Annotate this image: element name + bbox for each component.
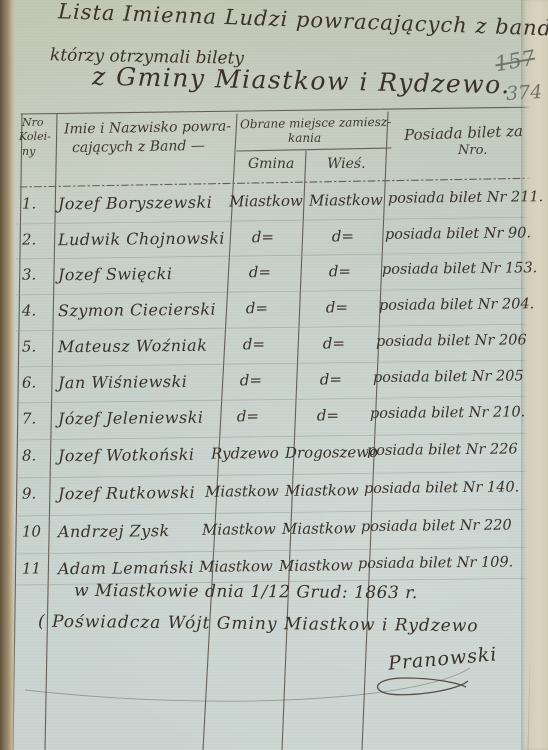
row-number: 6. bbox=[22, 373, 52, 391]
row-number: 3. bbox=[22, 265, 52, 283]
table-row: 4. Szymon Ciecierski d= d= posiada bilet… bbox=[0, 296, 548, 336]
row-number: 11 bbox=[22, 559, 52, 577]
gmina-value: d= bbox=[219, 299, 295, 318]
table-row: 1. Jozef Boryszewski Miastkow Miastkow p… bbox=[0, 189, 548, 229]
page-number: 374 bbox=[505, 81, 542, 105]
gmina-value: d= bbox=[216, 335, 292, 354]
gmina-value: d= bbox=[210, 407, 286, 426]
row-number: 10 bbox=[22, 522, 52, 540]
ticket-value: posiada bilet Nr 205 bbox=[373, 368, 531, 386]
person-name: Mateusz Woźniak bbox=[58, 336, 208, 357]
wies-value: d= bbox=[297, 298, 377, 317]
gmina-value: Miastkow bbox=[228, 192, 304, 211]
archival-document-page: Lista Imienna Ludzi powracających z band… bbox=[0, 0, 548, 750]
row-number: 8. bbox=[22, 446, 52, 464]
person-name: Adam Lemański bbox=[58, 558, 194, 578]
table-row: 6. Jan Wiśniewski d= d= posiada bilet Nr… bbox=[0, 368, 548, 408]
table-row: 5. Mateusz Woźniak d= d= posiada bilet N… bbox=[0, 332, 548, 372]
ticket-value: posiada bilet Nr 226 bbox=[367, 441, 525, 459]
row-number: 2. bbox=[22, 230, 52, 248]
person-name: Jan Wiśniewski bbox=[58, 372, 188, 392]
ticket-value: posiada bilet Nr 90. bbox=[385, 225, 543, 243]
person-name: Jozef Wotkoński bbox=[58, 445, 195, 465]
column-header-ticket: Nro. bbox=[458, 143, 487, 158]
gmina-value: d= bbox=[222, 263, 298, 282]
wies-value: Miastkow bbox=[276, 556, 356, 575]
column-header-number: Nro bbox=[22, 116, 44, 129]
wies-value: d= bbox=[291, 370, 371, 389]
ticket-value: posiada bilet Nr 204. bbox=[379, 296, 537, 314]
gmina-value: Miastkow bbox=[198, 557, 274, 576]
ticket-value: posiada bilet Nr 220 bbox=[361, 517, 519, 535]
person-name: Szymon Ciecierski bbox=[58, 300, 216, 321]
wies-value: Miastkow bbox=[306, 191, 386, 210]
column-header-residence-group: Obrane miejsce zamiesz- bbox=[240, 115, 391, 132]
wies-value: d= bbox=[303, 227, 383, 246]
ticket-value: posiada bilet Nr 109. bbox=[358, 554, 516, 572]
column-header-wies: Wieś. bbox=[327, 156, 366, 172]
ticket-value: posiada bilet Nr 210. bbox=[370, 404, 528, 422]
column-header-residence-group: kania bbox=[288, 131, 321, 145]
wies-value: d= bbox=[294, 334, 374, 353]
person-name: Andrzej Zysk bbox=[58, 521, 170, 541]
ticket-value: posiada bilet Nr 153. bbox=[382, 260, 540, 278]
place-and-date: w Miastkowie dnia 1/12 Grud: 1863 r. bbox=[74, 581, 418, 603]
row-number: 5. bbox=[22, 337, 52, 355]
row-number: 7. bbox=[22, 409, 52, 427]
ticket-value: posiada bilet Nr 206 bbox=[376, 332, 534, 350]
gmina-value: d= bbox=[225, 228, 301, 247]
person-name: Józef Jeleniewski bbox=[58, 408, 204, 429]
wies-value: Drogoszewo bbox=[285, 443, 365, 462]
table-row: 8. Jozef Wotkoński Rydzewo Drogoszewo po… bbox=[0, 441, 548, 481]
column-header-name: Imie i Nazwisko powra- bbox=[64, 119, 231, 138]
column-header-number: ny bbox=[22, 145, 35, 158]
person-name: Ludwik Chojnowski bbox=[58, 229, 225, 250]
table-row: 10 Andrzej Zysk Miastkow Miastkow posiad… bbox=[0, 517, 548, 557]
table-row: 3. Jozef Swięcki d= d= posiada bilet Nr … bbox=[0, 260, 548, 300]
column-header-number: Kolei- bbox=[19, 130, 51, 143]
table-row: 7. Józef Jeleniewski d= d= posiada bilet… bbox=[0, 404, 548, 444]
wies-value: Miastkow bbox=[282, 481, 362, 500]
table-row: 9. Jozef Rutkowski Miastkow Miastkow pos… bbox=[0, 479, 548, 519]
column-header-name: cających z Band — bbox=[72, 138, 205, 156]
ticket-value: posiada bilet Nr 211. bbox=[388, 189, 546, 207]
wies-value: Miastkow bbox=[279, 519, 359, 538]
person-name: Jozef Swięcki bbox=[58, 264, 173, 284]
gmina-value: Miastkow bbox=[201, 520, 277, 539]
wies-value: d= bbox=[288, 406, 368, 425]
person-name: Jozef Boryszewski bbox=[58, 193, 213, 214]
gmina-value: Rydzewo bbox=[207, 444, 283, 463]
column-header-gmina: Gmina bbox=[248, 156, 294, 172]
row-number: 9. bbox=[22, 484, 52, 502]
ticket-value: posiada bilet Nr 140. bbox=[364, 479, 522, 497]
wies-value: d= bbox=[300, 262, 380, 281]
row-number: 1. bbox=[22, 194, 52, 212]
person-name: Jozef Rutkowski bbox=[58, 483, 195, 503]
row-number: 4. bbox=[22, 301, 52, 319]
gmina-value: d= bbox=[213, 371, 289, 390]
table-row: 2. Ludwik Chojnowski d= d= posiada bilet… bbox=[0, 225, 548, 265]
gmina-value: Miastkow bbox=[204, 482, 280, 501]
